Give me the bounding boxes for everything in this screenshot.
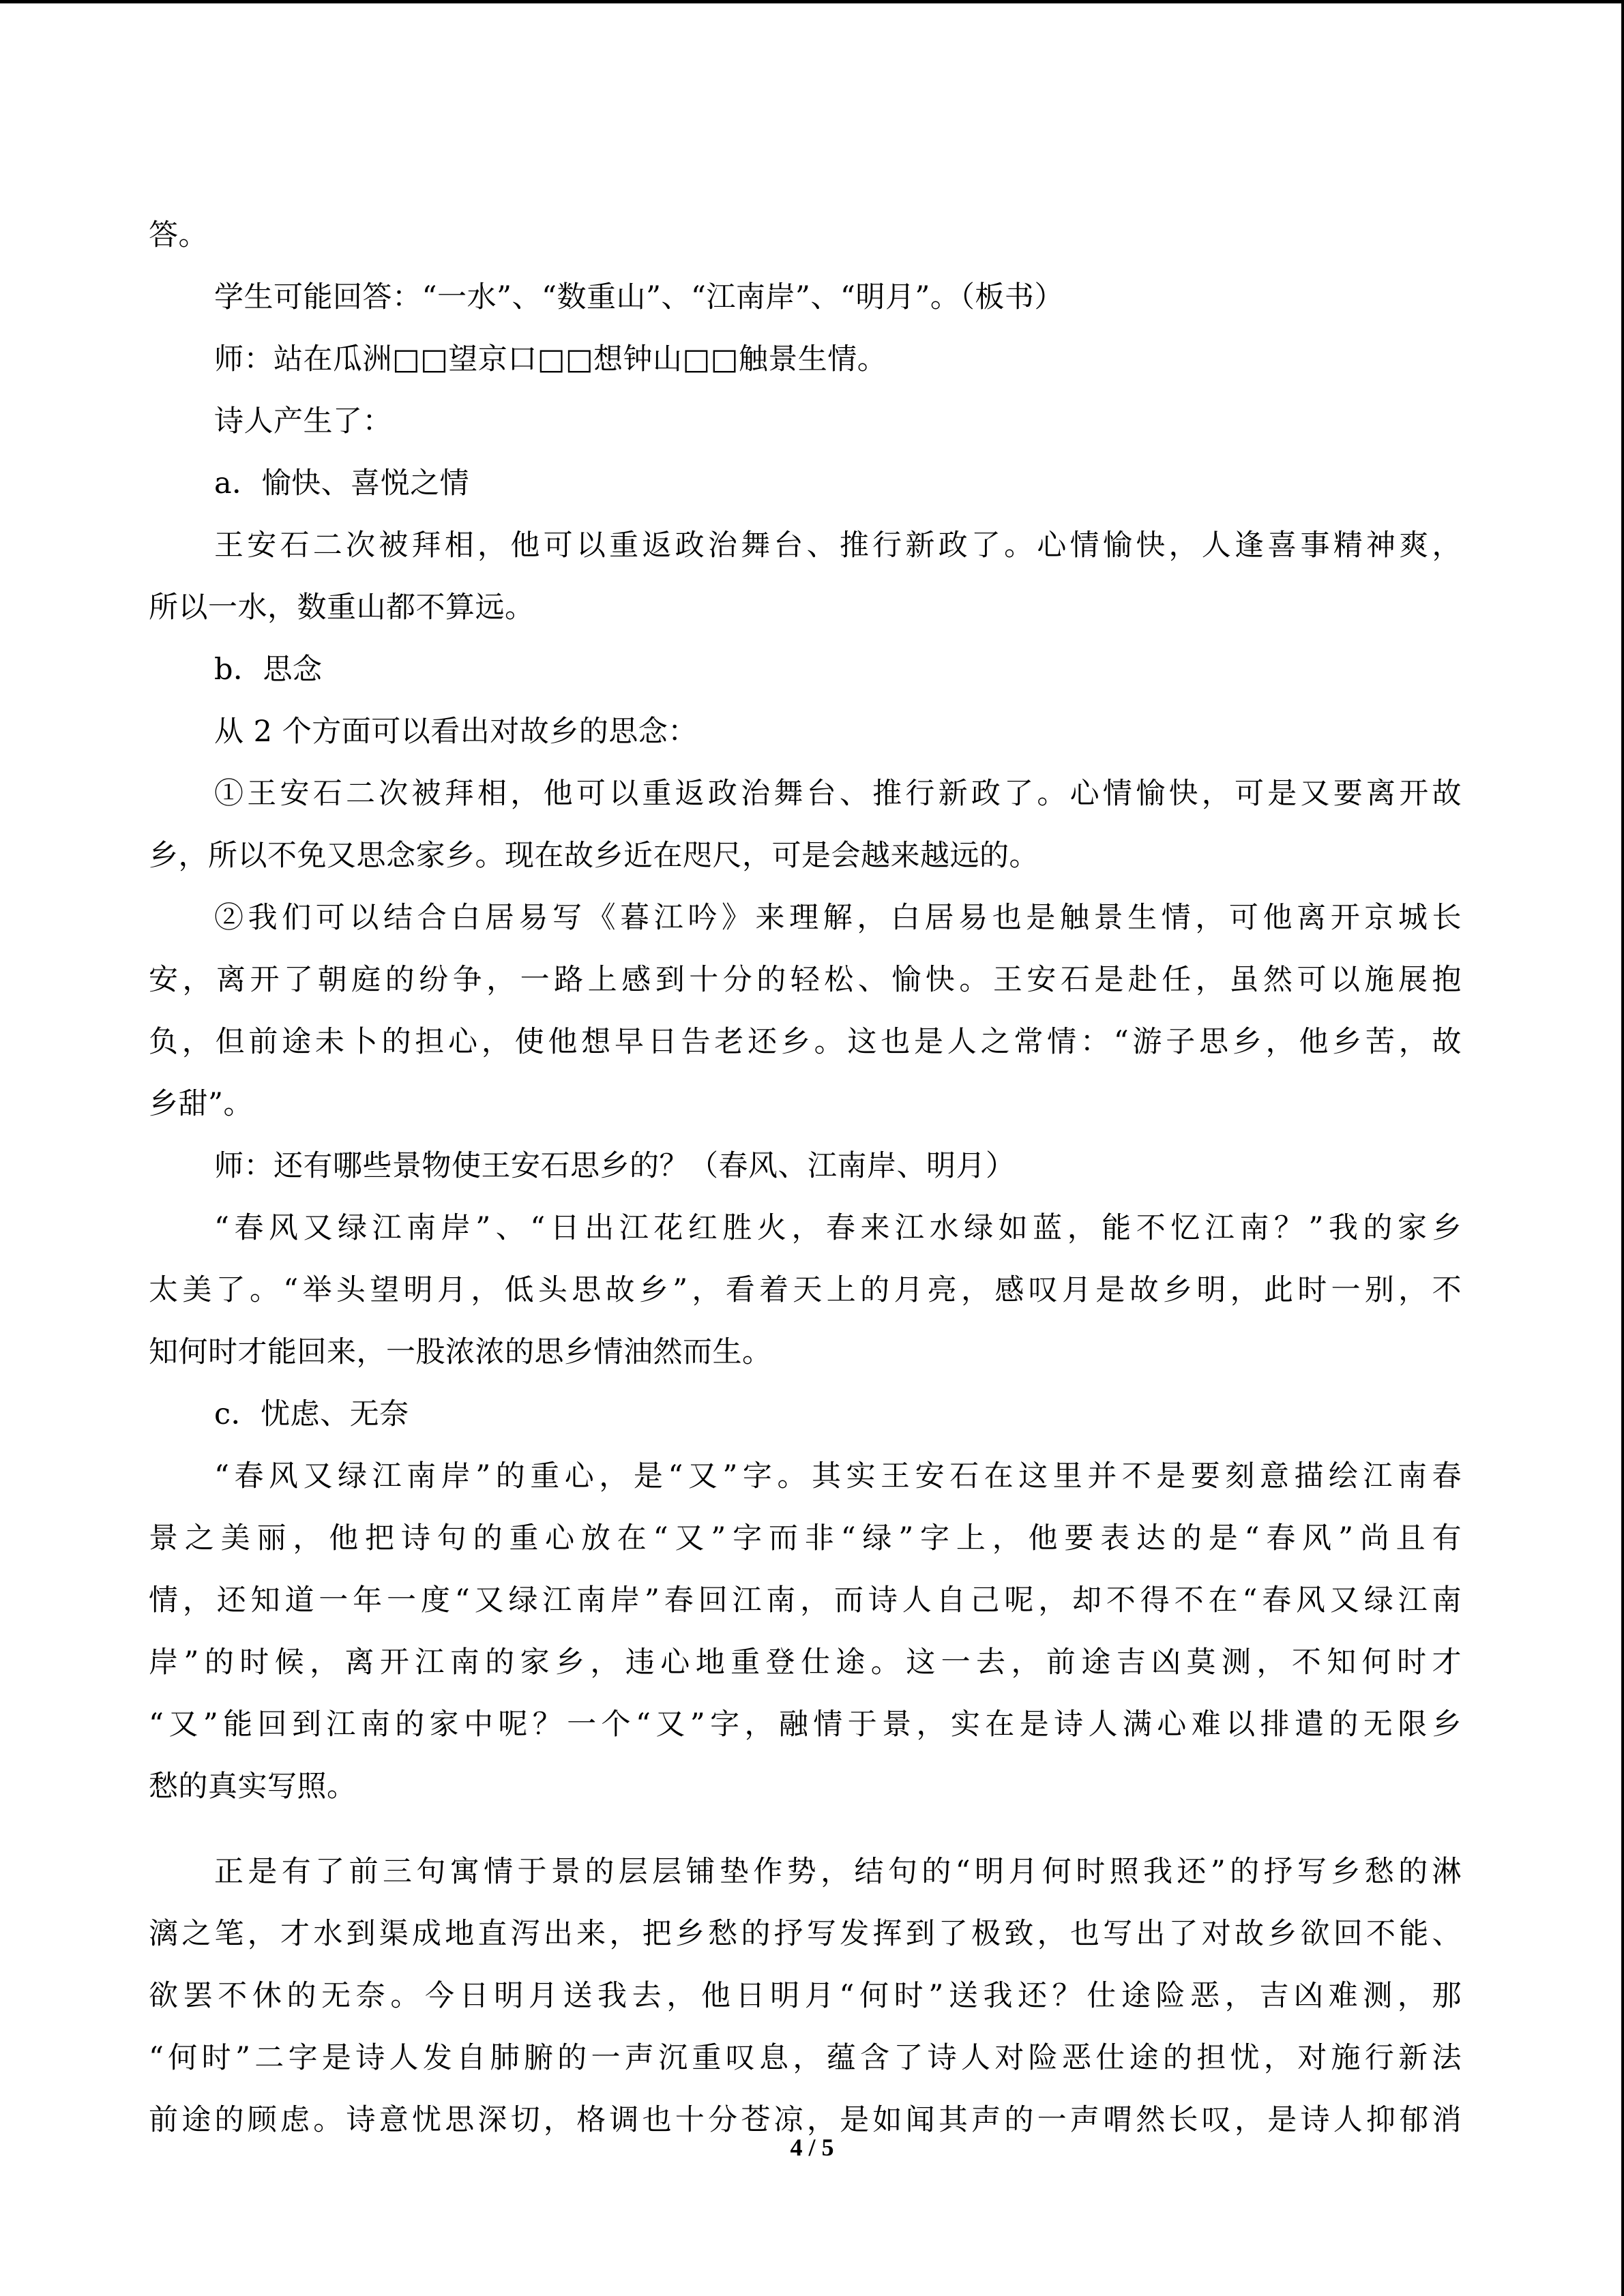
text-line: 景之美丽，他把诗句的重心放在“又”字而非“绿”字上，他要表达的是“春风”尚且有: [149, 1508, 1462, 1570]
text-line: 正是有了前三句寓情于景的层层铺垫作势，结句的“明月何时照我还”的抒写乡愁的淋: [149, 1841, 1462, 1903]
document-body: 答。 学生可能回答：“一水”、“数重山”、“江南岸”、“明月”。（板书） 师：站…: [149, 205, 1462, 2151]
page-number: 4 / 5: [0, 2133, 1624, 2162]
text-line: “春风又绿江南岸”、“日出江花红胜火，春来江水绿如蓝，能不忆江南？”我的家乡: [149, 1197, 1462, 1259]
text-line: 所以一水，数重山都不算远。: [149, 577, 1462, 639]
text-line: 从 2 个方面可以看出对故乡的思念：: [149, 701, 1462, 763]
text-line: 学生可能回答：“一水”、“数重山”、“江南岸”、“明月”。（板书）: [149, 267, 1462, 329]
text-line: “何时”二字是诗人发自肺腑的一声沉重叹息，蕴含了诗人对险恶仕途的担忧，对施行新法: [149, 2027, 1462, 2089]
text-line: 欲罢不休的无奈。今日明月送我去，他日明月“何时”送我还？仕途险恶，吉凶难测，那: [149, 1965, 1462, 2027]
text-line: 情，还知道一年一度“又绿江南岸”春回江南，而诗人自己呢，却不得不在“春风又绿江南: [149, 1570, 1462, 1632]
text-line: 乡，所以不免又思念家乡。现在故乡近在咫尺，可是会越来越远的。: [149, 825, 1462, 887]
text-line: ①王安石二次被拜相，他可以重返政治舞台、推行新政了。心情愉快，可是又要离开故: [149, 763, 1462, 825]
text-line: 太美了。“举头望明月，低头思故乡”，看着天上的月亮，感叹月是故乡明，此时一别，不: [149, 1259, 1462, 1322]
text-line: 师：还有哪些景物使王安石思乡的？（春风、江南岸、明月）: [149, 1135, 1462, 1197]
text-line: 愁的真实写照。: [149, 1756, 1462, 1818]
text-line: “又”能回到江南的家中呢？一个“又”字，融情于景，实在是诗人满心难以排遣的无限乡: [149, 1694, 1462, 1756]
paragraph-gap: [149, 1818, 1462, 1841]
text-line: 岸”的时候，离开江南的家乡，违心地重登仕途。这一去，前途吉凶莫测，不知何时才: [149, 1632, 1462, 1694]
section-heading-a: a．愉快、喜悦之情: [149, 453, 1462, 515]
text-line: 答。: [149, 205, 1462, 267]
text-line: 漓之笔，才水到渠成地直泻出来，把乡愁的抒写发挥到了极致，也写出了对故乡欲回不能、: [149, 1903, 1462, 1965]
right-border: [1621, 0, 1624, 2296]
text-line: 王安石二次被拜相，他可以重返政治舞台、推行新政了。心情愉快，人逢喜事精神爽，: [149, 515, 1462, 577]
text-line: 乡甜”。: [149, 1073, 1462, 1135]
text-line: 负，但前途未卜的担心，使他想早日告老还乡。这也是人之常情：“游子思乡，他乡苦，故: [149, 1011, 1462, 1073]
text-line: 诗人产生了：: [149, 391, 1462, 453]
text-line: “春风又绿江南岸”的重心，是“又”字。其实王安石在这里并不是要刻意描绘江南春: [149, 1446, 1462, 1508]
text-line: ②我们可以结合白居易写《暮江吟》来理解，白居易也是触景生情，可他离开京城长: [149, 887, 1462, 949]
top-border: [0, 0, 1624, 3]
text-line: 知何时才能回来，一股浓浓的思乡情油然而生。: [149, 1322, 1462, 1384]
section-heading-b: b．思念: [149, 639, 1462, 701]
text-line: 安，离开了朝庭的纷争，一路上感到十分的轻松、愉快。王安石是赴任，虽然可以施展抱: [149, 949, 1462, 1011]
section-heading-c: c．忧虑、无奈: [149, 1384, 1462, 1446]
text-line: 师：站在瓜洲□□望京口□□想钟山□□触景生情。: [149, 329, 1462, 391]
